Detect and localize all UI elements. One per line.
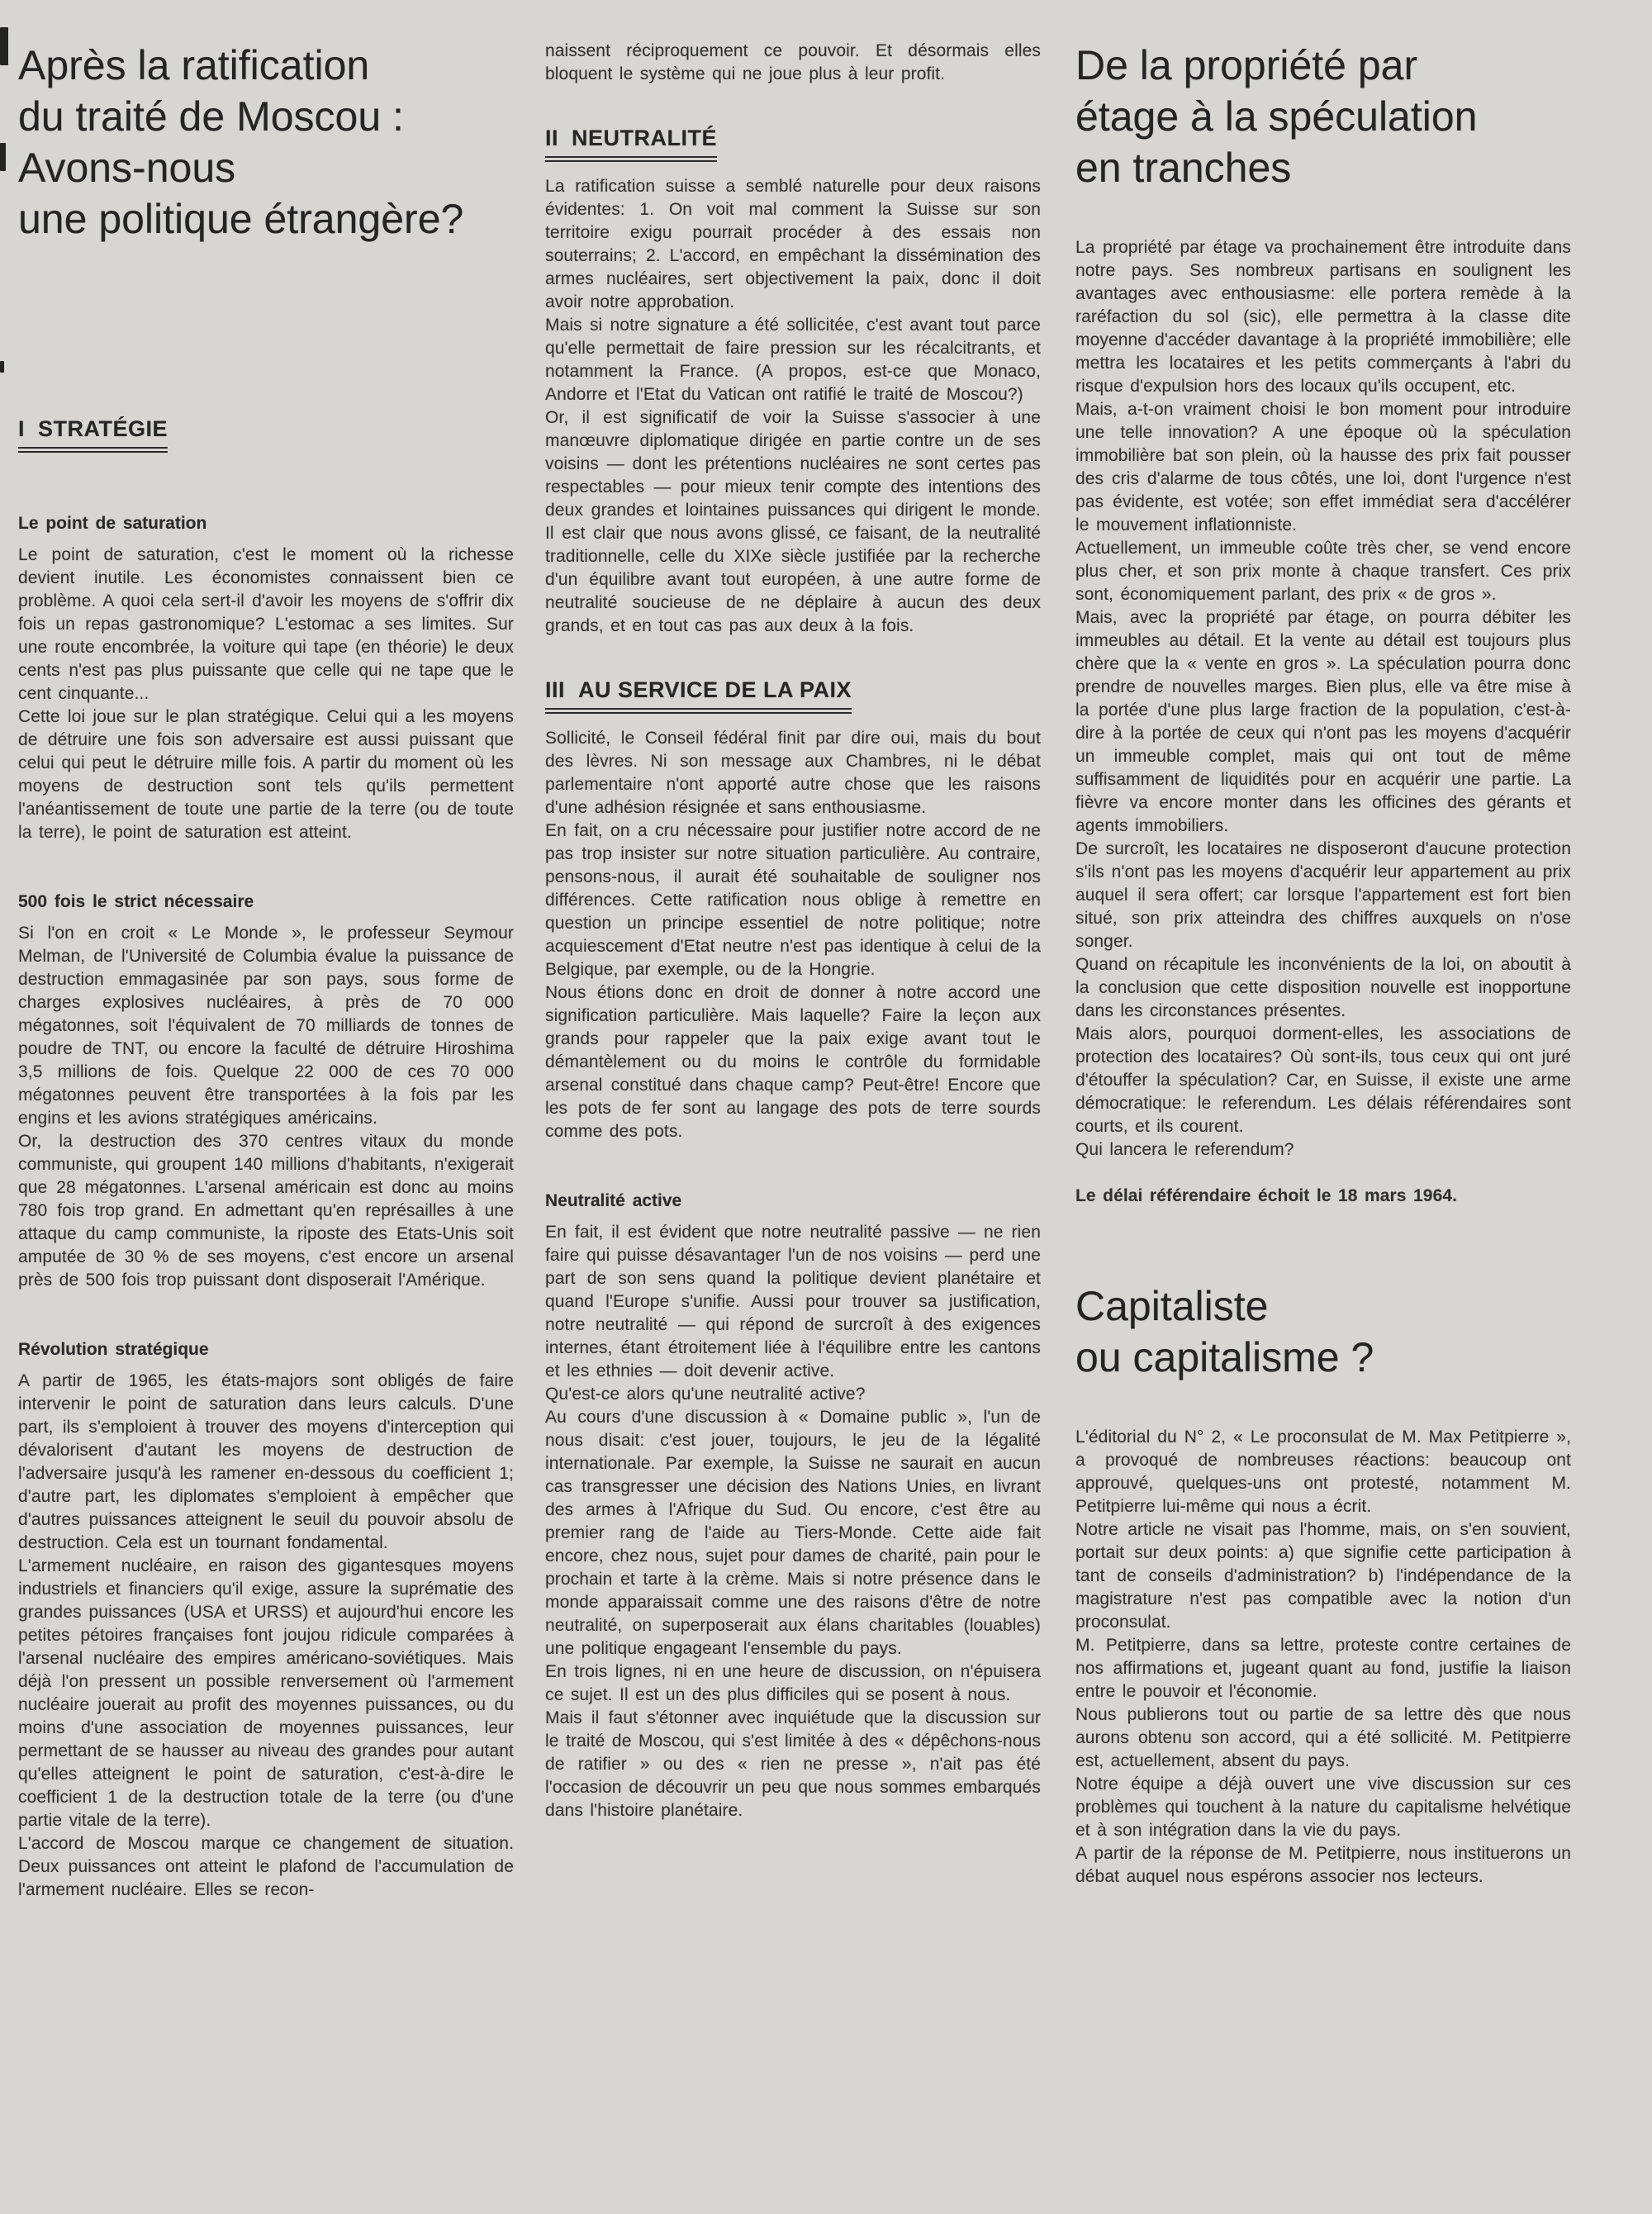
paragraph: Si l'on en croit « Le Monde », le profes… <box>18 922 514 1130</box>
paragraph-bold: Le délai référendaire échoit le 18 mars … <box>1075 1185 1571 1208</box>
paragraph: Quand on récapitule les inconvénients de… <box>1075 953 1571 1023</box>
paragraph: En fait, il est évident que notre neutra… <box>545 1221 1041 1383</box>
paragraph: naissent réciproquement ce pouvoir. Et d… <box>545 40 1041 86</box>
paragraph: L'éditorial du N° 2, « Le proconsulat de… <box>1075 1426 1571 1518</box>
section-heading: I STRATÉGIE <box>18 416 168 453</box>
newspaper-page: Après la ratification du traité de Mosco… <box>0 0 1652 2214</box>
paragraph: M. Petitpierre, dans sa lettre, proteste… <box>1075 1634 1571 1703</box>
scan-artifact <box>0 27 8 65</box>
paragraph: La propriété par étage va prochainement … <box>1075 236 1571 398</box>
paragraph: Nous publierons tout ou partie de sa let… <box>1075 1703 1571 1773</box>
paragraph: Mais, avec la propriété par étage, on po… <box>1075 606 1571 838</box>
crosshead: Neutralité active <box>545 1190 1041 1213</box>
paragraph: Qu'est-ce alors qu'une neutralité active… <box>545 1383 1041 1406</box>
section-heading: III AU SERVICE DE LA PAIX <box>545 677 852 714</box>
paragraph: Or, il est significatif de voir la Suiss… <box>545 406 1041 638</box>
paragraph: Au cours d'une discussion à « Domaine pu… <box>545 1406 1041 1660</box>
paragraph: Notre article ne visait pas l'homme, mai… <box>1075 1518 1571 1634</box>
paragraph: Actuellement, un immeuble coûte très che… <box>1075 537 1571 606</box>
paragraph: De surcroît, les locataires ne disposero… <box>1075 838 1571 953</box>
paragraph: Nous étions donc en droit de donner à no… <box>545 981 1041 1143</box>
scan-artifact <box>0 361 4 373</box>
paragraph: Sollicité, le Conseil fédéral finit par … <box>545 727 1041 820</box>
column-right: De la propriété par étage à la spéculati… <box>1075 0 1571 1889</box>
paragraph: Qui lancera le referendum? <box>1075 1138 1571 1162</box>
column-left: Après la ratification du traité de Mosco… <box>18 0 514 1902</box>
paragraph: En fait, on a cru nécessaire pour justif… <box>545 820 1041 981</box>
crosshead: Le point de saturation <box>18 512 514 535</box>
paragraph: Cette loi joue sur le plan stratégique. … <box>18 706 514 844</box>
paragraph: L'armement nucléaire, en raison des giga… <box>18 1555 514 1832</box>
paragraph: Mais, a-t-on vraiment choisi le bon mome… <box>1075 398 1571 537</box>
paragraph: Mais il faut s'étonner avec inquiétude q… <box>545 1707 1041 1822</box>
paragraph: La ratification suisse a semblé naturell… <box>545 175 1041 314</box>
paragraph: L'accord de Moscou marque ce changement … <box>18 1832 514 1902</box>
article-headline: Capitaliste ou capitalisme ? <box>1075 1280 1571 1383</box>
crosshead: Révolution stratégique <box>18 1338 514 1361</box>
section-heading: II NEUTRALITÉ <box>545 126 717 162</box>
paragraph: Mais alors, pourquoi dorment-elles, les … <box>1075 1023 1571 1138</box>
crosshead: 500 fois le strict nécessaire <box>18 891 514 914</box>
paragraph: Mais si notre signature a été sollicitée… <box>545 314 1041 406</box>
column-middle: naissent réciproquement ce pouvoir. Et d… <box>545 0 1041 1822</box>
paragraph: A partir de 1965, les états-majors sont … <box>18 1370 514 1555</box>
article-headline: Après la ratification du traité de Mosco… <box>18 40 514 245</box>
scan-artifact <box>0 143 6 171</box>
paragraph: En trois lignes, ni en une heure de disc… <box>545 1660 1041 1707</box>
article-headline: De la propriété par étage à la spéculati… <box>1075 40 1571 193</box>
paragraph: Le point de saturation, c'est le moment … <box>18 544 514 706</box>
paragraph: A partir de la réponse de M. Petitpierre… <box>1075 1842 1571 1889</box>
paragraph: Or, la destruction des 370 centres vitau… <box>18 1130 514 1292</box>
paragraph: Notre équipe a déjà ouvert une vive disc… <box>1075 1773 1571 1842</box>
